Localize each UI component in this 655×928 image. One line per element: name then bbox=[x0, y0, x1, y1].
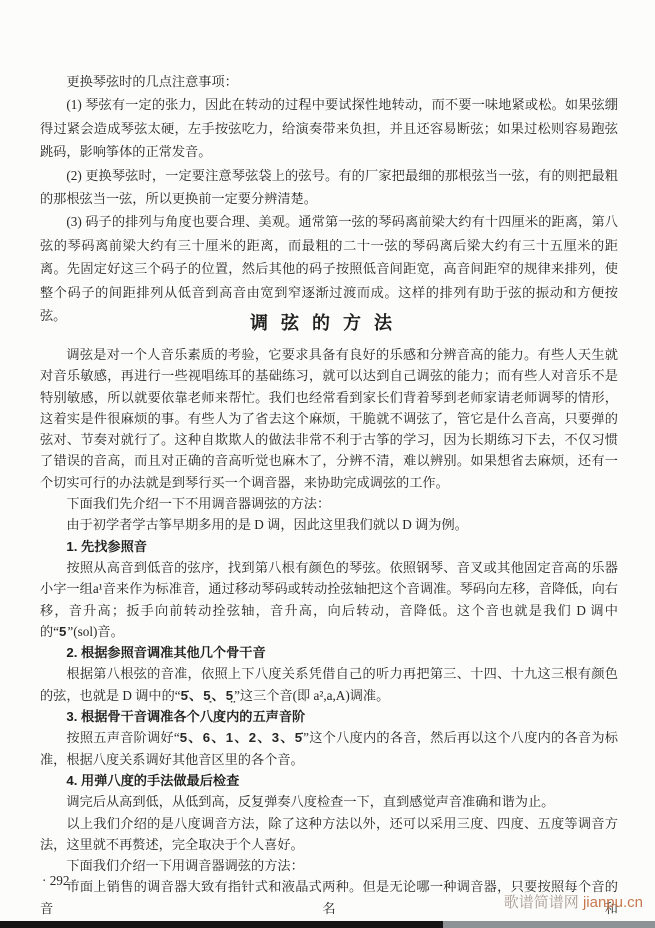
step3-heading: 3. 根据骨干音调准各个八度内的五声音阶 bbox=[40, 706, 618, 727]
note-item-2: (2) 更换琴弦时，一定要注意琴弦袋上的弦号。有的厂家把最细的那根弦当一弦，有的… bbox=[40, 164, 618, 211]
step1-heading: 1. 先找参照音 bbox=[40, 536, 618, 557]
step4-paragraph: 调完后从高到低，从低到高，反复弹奏八度检查一下，直到感觉声音准确和谐为止。 bbox=[40, 791, 618, 812]
lead-no-tuner-line: 下面我们先介绍一下不用调音器调弦的方法： bbox=[40, 493, 618, 514]
notes-lead-line: 更换琴弦时的几点注意事项： bbox=[40, 70, 618, 93]
bottom-scan-bar-light bbox=[443, 921, 655, 928]
lead-with-tuner-line: 下面我们介绍一下用调音器调弦的方法： bbox=[40, 855, 618, 876]
step4-heading: 4. 用弹八度的手法做最后检查 bbox=[40, 770, 618, 791]
watermark: 歌谱简谱网 jianpu.cn bbox=[504, 891, 643, 912]
step2-jianpu-notation: 5̇、5̣、5̤ bbox=[181, 688, 234, 703]
d-key-note-line: 由于初学者学古筝早期多用的是 D 调，因此这里我们就以 D 调为例。 bbox=[40, 514, 618, 535]
note-item-1: (1) 琴弦有一定的张力，因此在转动的过程中要试探性地转动，而不要一味地紧或松。… bbox=[40, 93, 618, 163]
step1-text-pre: 按照从高音到低音的弦序，找到第八根有颜色的琴弦。依照钢琴、音叉或其他固定音高的乐… bbox=[40, 560, 618, 639]
tuning-method-block: 调弦是对一个人音乐素质的考验，它要求具备有良好的乐感和分辨音高的能力。有些人天生… bbox=[40, 344, 618, 919]
page-number: · 292 · bbox=[42, 873, 77, 889]
watermark-site-url: jianpu.cn bbox=[583, 894, 643, 911]
watermark-site-name: 歌谱简谱网 bbox=[504, 894, 583, 911]
step2-paragraph: 根据第八根弦的音准，依照上下八度关系凭借自己的听力再把第三、十四、十九这三根有颜… bbox=[40, 663, 618, 706]
octave-note-paragraph: 以上我们介绍的是八度调音方法，除了这种方法以外，还可以采用三度、四度、五度等调音… bbox=[40, 813, 618, 856]
step3-text-pre: 按照五声音阶调好“ bbox=[66, 730, 179, 745]
step1-paragraph: 按照从高音到低音的弦序，找到第八根有颜色的琴弦。依照钢琴、音叉或其他固定音高的乐… bbox=[40, 557, 618, 642]
book-page: 更换琴弦时的几点注意事项： (1) 琴弦有一定的张力，因此在转动的过程中要试探性… bbox=[0, 0, 655, 928]
step2-text-post: ”这三个音(即 a²,a,A)调准。 bbox=[234, 688, 389, 703]
step3-jianpu-notation: 5、6、1、2、3、5̇ bbox=[180, 730, 303, 745]
tuning-intro-paragraph: 调弦是对一个人音乐素质的考验，它要求具备有良好的乐感和分辨音高的能力。有些人天生… bbox=[40, 344, 618, 493]
section-title: 调弦的方法 bbox=[0, 309, 655, 335]
step2-heading: 2. 根据参照音调准其他几个骨干音 bbox=[40, 642, 618, 663]
step1-text-post: ”(sol)音。 bbox=[67, 624, 123, 639]
string-change-notes-block: 更换琴弦时的几点注意事项： (1) 琴弦有一定的张力，因此在转动的过程中要试探性… bbox=[40, 70, 618, 327]
bottom-scan-bar-dark bbox=[0, 921, 443, 928]
step3-paragraph: 按照五声音阶调好“5、6、1、2、3、5̇”这个八度内的各音，然后再以这个八度内… bbox=[40, 727, 618, 770]
